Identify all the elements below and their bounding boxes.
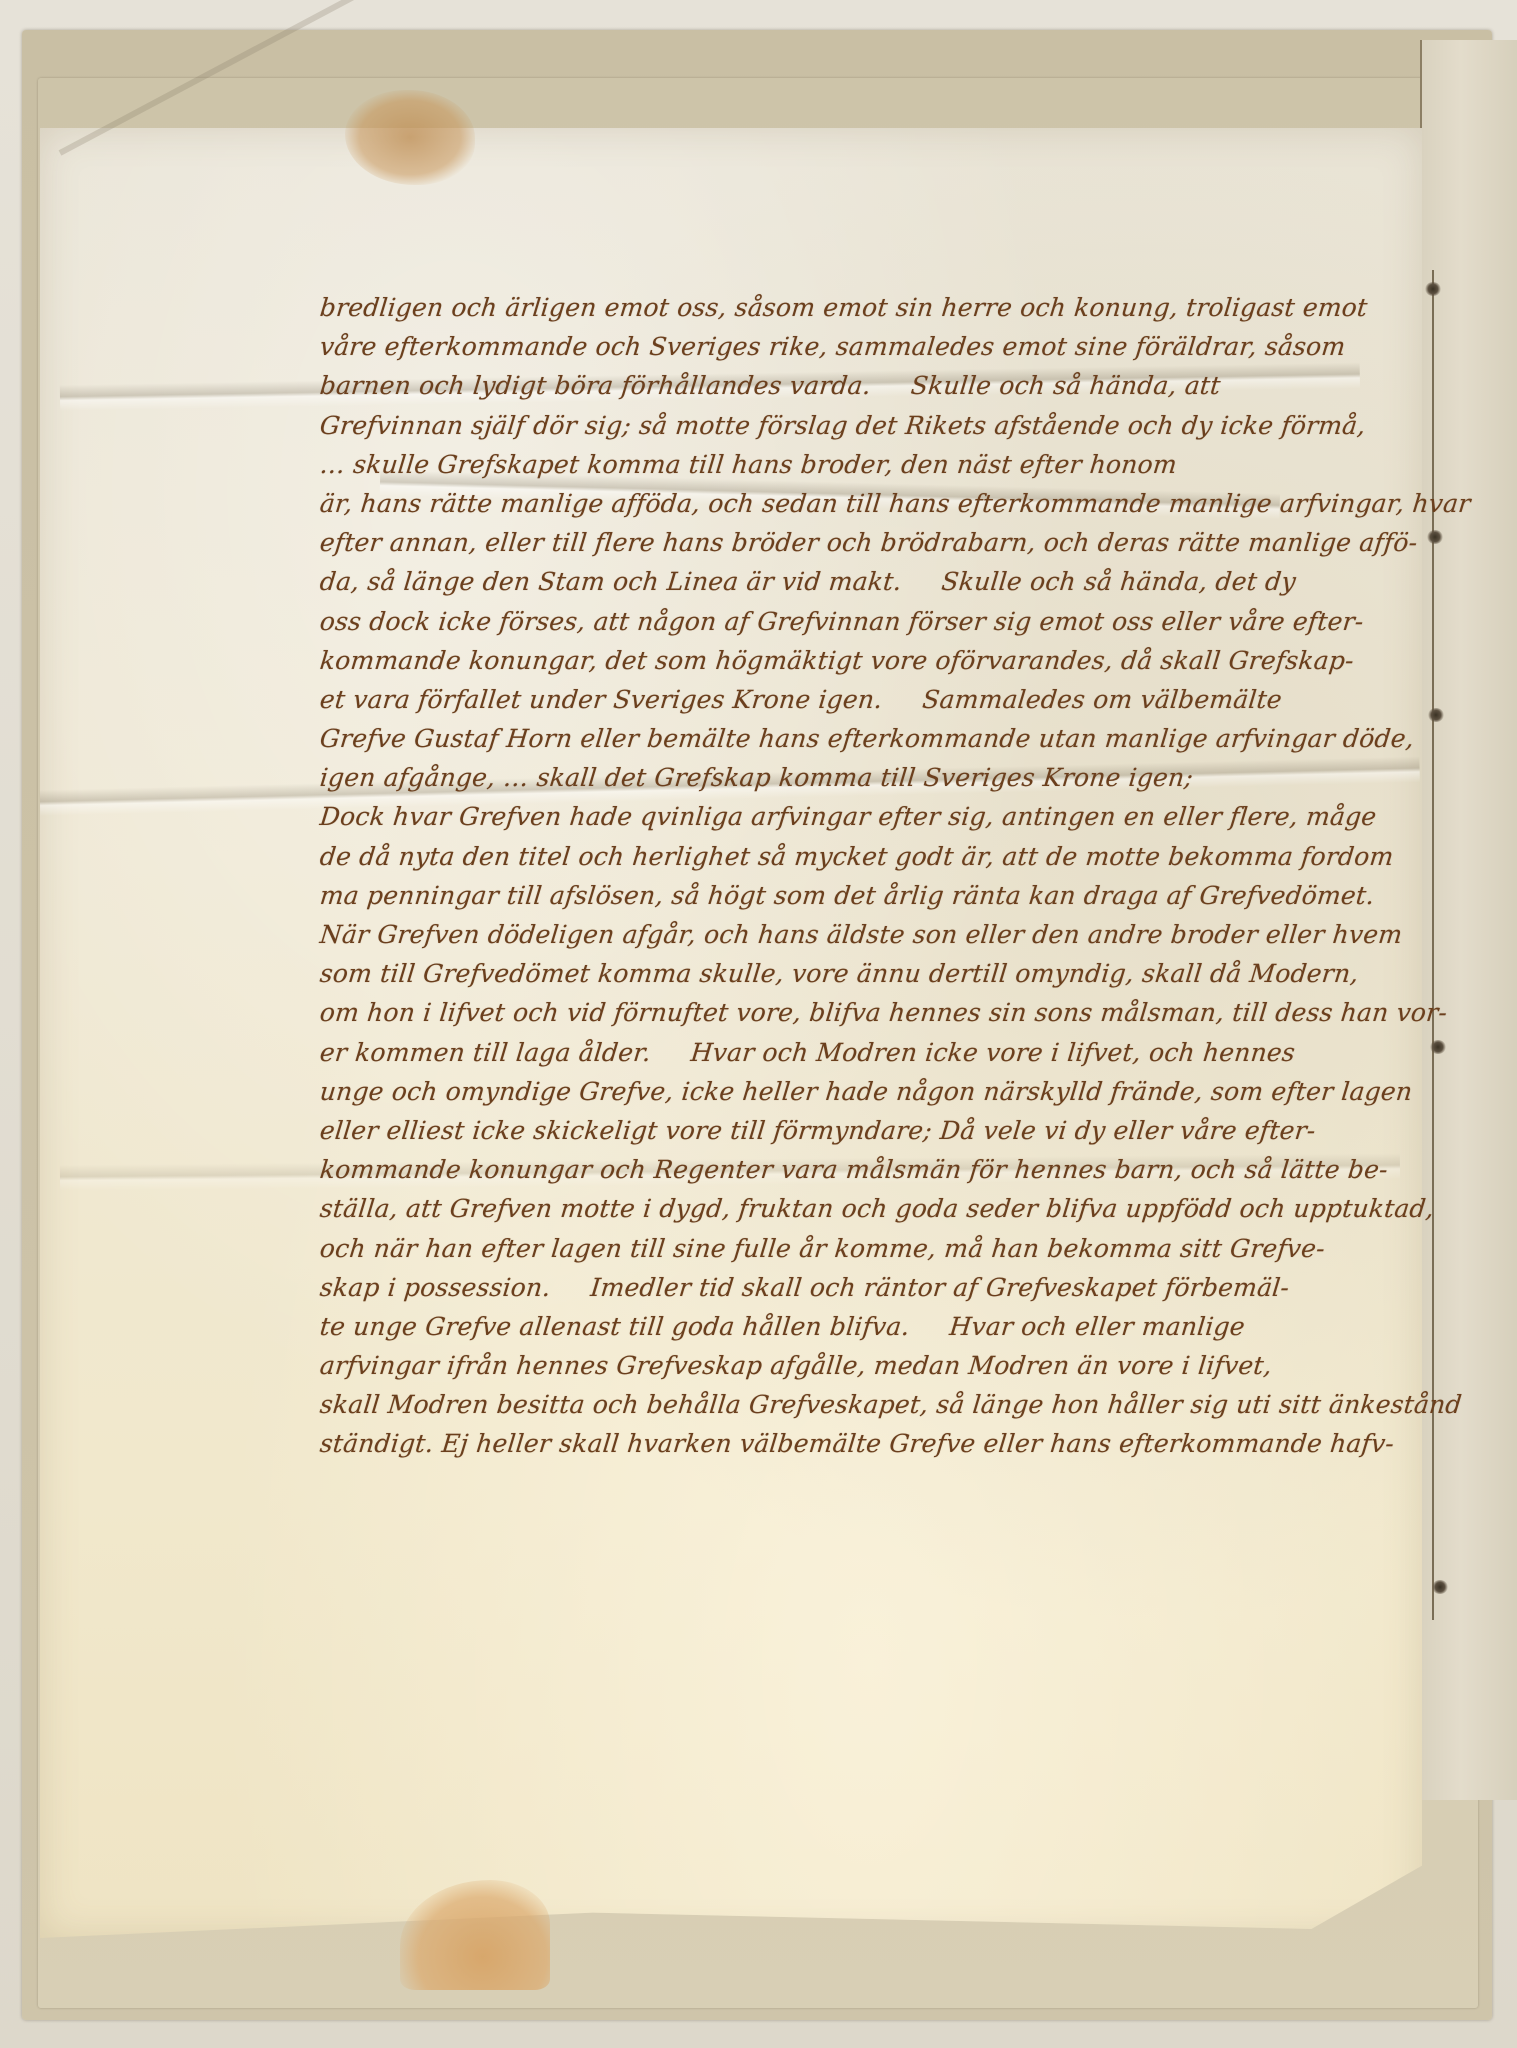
text-line: ständigt. Ej heller skall hvarken välbem… [318,1424,1342,1463]
text-line: et vara förfallet under Sveriges Krone i… [318,680,1342,719]
text-line: bredligen och ärligen emot oss, såsom em… [318,288,1342,327]
text-line: da, så länge den Stam och Linea är vid m… [318,562,1342,601]
text-line: kommande konungar, det som högmäktigt vo… [318,641,1342,680]
binding-stitch-icon [1430,1040,1446,1054]
text-line: oss dock icke förses, att någon af Grefv… [318,602,1342,641]
text-line: När Grefven dödeligen afgår, och hans äl… [318,915,1342,954]
text-line: och när han efter lagen till sine fulle … [318,1229,1342,1268]
scan-background: bredligen och ärligen emot oss, såsom em… [0,0,1517,2048]
text-line: ma penningar till afslösen, så högt som … [318,876,1342,915]
text-line: skap i possession.Imedler tid skall och … [318,1268,1342,1307]
text-line: kommande konungar och Regenter vara måls… [318,1150,1342,1189]
binding-stitch-icon [1425,282,1441,296]
handwritten-text: bredligen och ärligen emot oss, såsom em… [320,288,1340,1464]
text-line: Grefve Gustaf Horn eller bemälte hans ef… [318,719,1342,758]
text-line: Grefvinnan själf dör sig; så motte försl… [318,406,1342,445]
text-line: efter annan, eller till flere hans bröde… [318,523,1342,562]
text-line: te unge Grefve allenast till goda hållen… [318,1307,1342,1346]
text-line: igen afgånge, … skall det Grefskap komma… [318,758,1342,797]
binding-stitch-icon [1427,530,1443,544]
text-line: är, hans rätte manlige afföda, och sedan… [318,484,1342,523]
text-line: de då nyta den titel och herlighet så my… [318,837,1342,876]
text-line: ställa, att Grefven motte i dygd, frukta… [318,1189,1342,1228]
text-line: skall Modren besitta och behålla Grefves… [318,1385,1342,1424]
text-line: om hon i lifvet och vid förnuftet vore, … [318,993,1342,1032]
facing-page-edge [1420,40,1517,1800]
text-line: … skulle Grefskapet komma till hans brod… [318,445,1342,484]
text-line: Dock hvar Grefven hade qvinliga arfvinga… [318,797,1342,836]
text-line: våre efterkommande och Sveriges rike, sa… [318,327,1342,366]
text-line: unge och omyndige Grefve, icke heller ha… [318,1072,1342,1111]
binding-stitch-icon [1432,1580,1448,1594]
text-line: eller elliest icke skickeligt vore till … [318,1111,1342,1150]
text-line: barnen och lydigt böra förhållandes vard… [318,366,1342,405]
text-line: er kommen till laga ålder.Hvar och Modre… [318,1033,1342,1072]
text-line: arfvingar ifrån hennes Grefveskap afgåll… [318,1346,1342,1385]
binding-stitch-icon [1428,708,1444,722]
text-line: som till Grefvedömet komma skulle, vore … [318,954,1342,993]
